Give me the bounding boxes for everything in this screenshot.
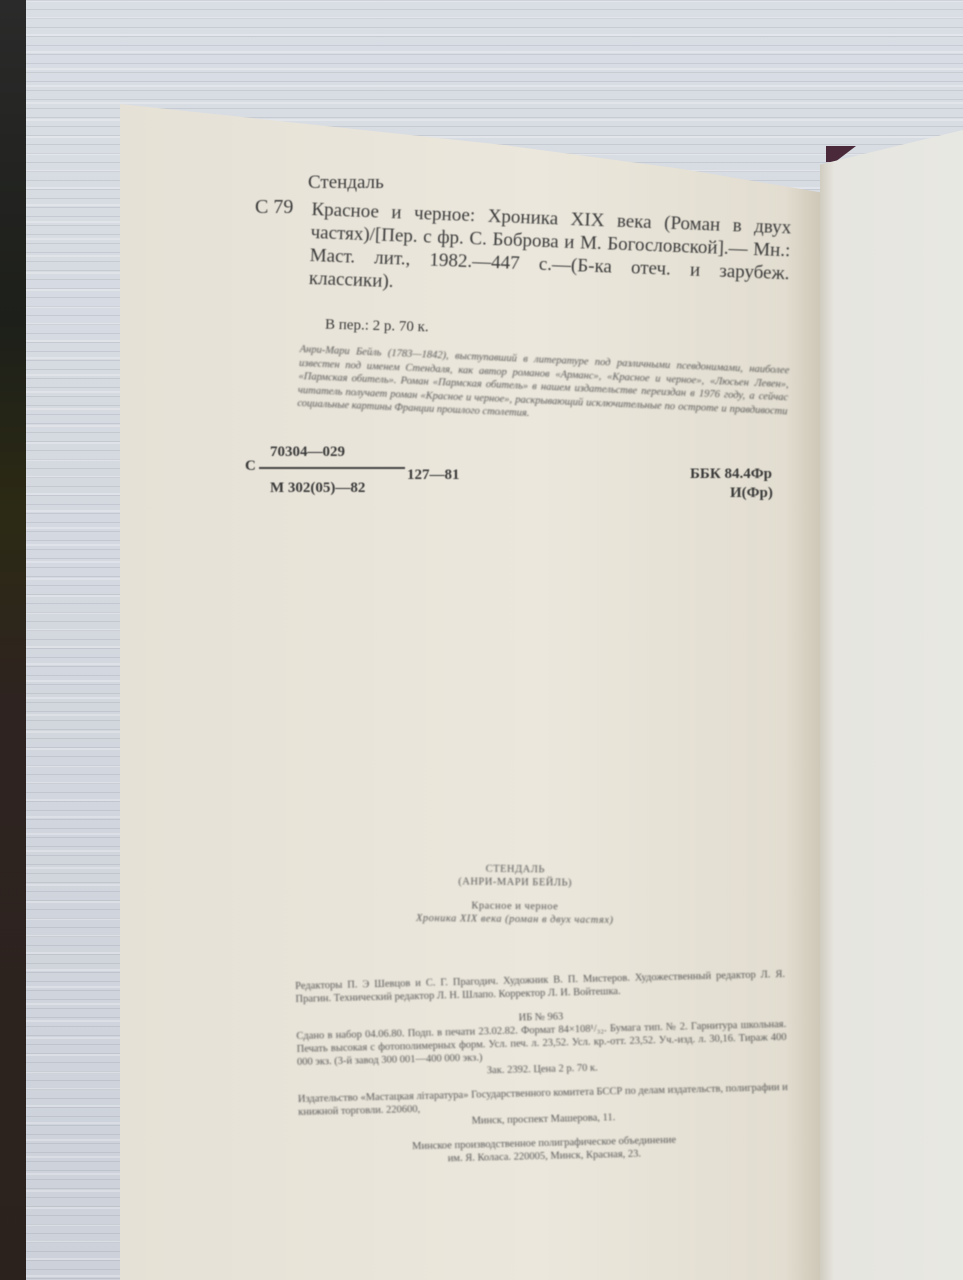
colophon-subtitle: Хроника XIX века (роман в двух частях) [300,912,730,928]
fraction-line [259,467,405,469]
classification-numerator: 70304—029 [270,444,345,461]
bbk-code-secondary: И(Фр) [730,485,773,502]
author-heading: Стендаль [308,172,384,194]
classification-prefix: С [245,458,256,475]
bibliographic-entry: Красное и черное: Хроника XIX века (Рома… [308,198,791,308]
classification-suffix: 127—81 [407,467,460,484]
right-blank-page [820,130,963,1280]
binding-price: В пер.: 2 р. 70 к. [325,317,429,337]
classification-denominator: М 302(05)—82 [270,480,365,497]
catalog-code: С 79 [255,196,293,219]
bbk-code: ББК 84.4Фр [690,466,772,483]
colophon-title: СТЕНДАЛЬ (АНРИ-МАРИ БЕЙЛЬ) Красное и чер… [300,862,731,929]
production-colophon: Редакторы П. Э Шевцов и С. Г. Прагодич. … [295,968,789,1169]
classification-block: 70304—029 С 127—81 М 302(05)—82 ББК 84.4… [245,444,805,504]
